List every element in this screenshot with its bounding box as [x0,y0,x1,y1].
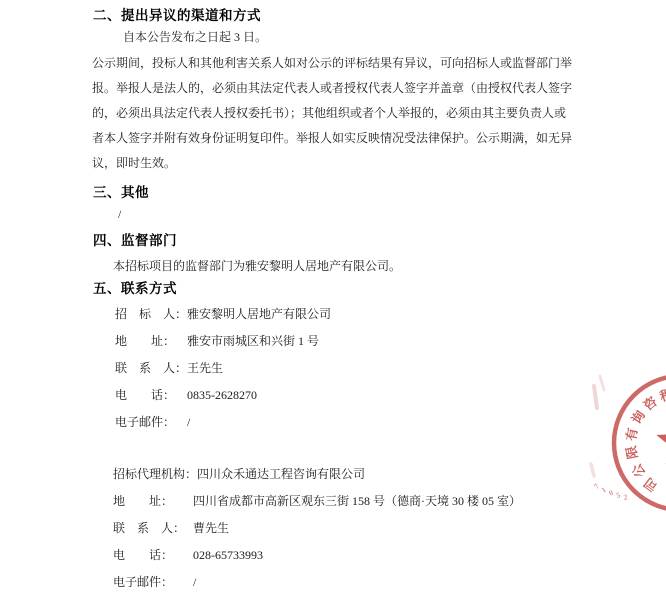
seal-arc-char: 有 [623,427,640,442]
contact-label: 地 址： [113,488,193,515]
contact-row: 联 系 人：曹先生 [113,515,521,542]
seal-code-digit: 0 [607,488,615,498]
contact-label: 电子邮件： [113,569,193,596]
contact-label: 地 址： [115,328,187,355]
paragraph-line: 报。举报人是法人的，必须由其法定代表人或者授权代表人签字并盖章（由授权代表人签字 [92,76,576,101]
contact-row: 电 话：0835-2628270 [115,382,331,409]
seal-arc-char: 司 [641,475,660,495]
contact-value: 曹先生 [193,521,229,535]
contact-label: 电 话： [115,382,187,409]
contact-row: 招 标 人：雅安黎明人居地产有限公司 [115,301,331,328]
contact-value: / [193,575,196,589]
section-heading-2: 二、提出异议的渠道和方式 [93,7,261,24]
section2-paragraph: 公示期间，投标人和其他利害关系人如对公示的评标结果有异议，可向招标人或监督部门举… [92,51,576,176]
contact-row: 地 址：雅安市雨城区和兴街 1 号 [115,328,331,355]
contact-label: 电 话： [113,542,193,569]
tenderer-contact-block: 招 标 人：雅安黎明人居地产有限公司 地 址：雅安市雨城区和兴街 1 号 联 系… [115,301,331,436]
faint-stamp-mark [594,386,597,408]
contact-value: 028-65733993 [193,548,263,562]
faint-stamp-mark [600,376,604,390]
seal-star-icon [656,417,666,464]
paragraph-line: 者本人签字并附有效身份证明复印件。举报人如实反映情况受法律保护。公示期满，如无异 [92,126,576,151]
contact-value: / [187,415,190,429]
paragraph-line: 公示期间，投标人和其他利害关系人如对公示的评标结果有异议，可向招标人或监督部门举 [92,51,576,76]
contact-row: 电子邮件：/ [113,569,521,596]
paragraph-line: 的，必须出具法定代表人授权委托书）；其他组织或者个人举报的，必须由其主要负责人或 [92,101,576,126]
contact-value: 雅安市雨城区和兴街 1 号 [187,334,319,348]
contact-row: 电 话：028-65733993 [113,542,521,569]
contact-row: 联 系 人：王先生 [115,355,331,382]
seal-ring [614,376,666,510]
seal-code-digit: 5 [615,490,622,500]
seal-arc-char: 程 [658,386,666,404]
contact-value: 四川众禾通达工程咨询有限公司 [197,467,365,481]
seal-code-digit: 2 [623,492,629,502]
contact-row: 电子邮件：/ [115,409,331,436]
section-heading-3: 三、其他 [93,184,149,201]
section-heading-5: 五、联系方式 [93,280,177,297]
contact-row: 地 址：四川省成都市高新区观东三街 158 号（德商·天境 30 楼 05 室） [113,488,521,515]
contact-row: 招标代理机构：四川众禾通达工程咨询有限公司 [113,461,521,488]
contact-value: 雅安黎明人居地产有限公司 [187,307,331,321]
section3-body: / [118,206,121,222]
contact-label: 联 系 人： [113,515,193,542]
seal-code-digit: 7 [592,481,601,490]
faint-stamp-mark [591,464,594,476]
paragraph-line: 议，即时生效。 [92,151,576,176]
seal-arc-char: 公 [628,460,648,480]
contact-label: 电子邮件： [115,409,187,436]
contact-label: 联 系 人： [115,355,187,382]
section2-intro-line: 自本公告发布之日起 3 日。 [123,29,267,45]
seal-code-digit: 1 [600,485,608,495]
contact-value: 王先生 [187,361,223,375]
seal-arc-char: 咨 [640,394,659,414]
agency-contact-block: 招标代理机构：四川众禾通达工程咨询有限公司 地 址：四川省成都市高新区观东三街 … [113,461,521,596]
section4-body: 本招标项目的监督部门为雅安黎明人居地产有限公司。 [113,258,401,274]
contact-label: 招标代理机构： [113,461,197,488]
contact-label: 招 标 人： [115,301,187,328]
contact-value: 四川省成都市高新区观东三街 158 号（德商·天境 30 楼 05 室） [193,494,521,508]
seal-arc-char: 询 [628,408,648,427]
seal-arc-char: 限 [623,445,640,461]
section-heading-4: 四、监督部门 [93,232,177,249]
document-page: 二、提出异议的渠道和方式 自本公告发布之日起 3 日。 公示期间，投标人和其他利… [0,0,666,600]
contact-value: 0835-2628270 [187,388,257,402]
